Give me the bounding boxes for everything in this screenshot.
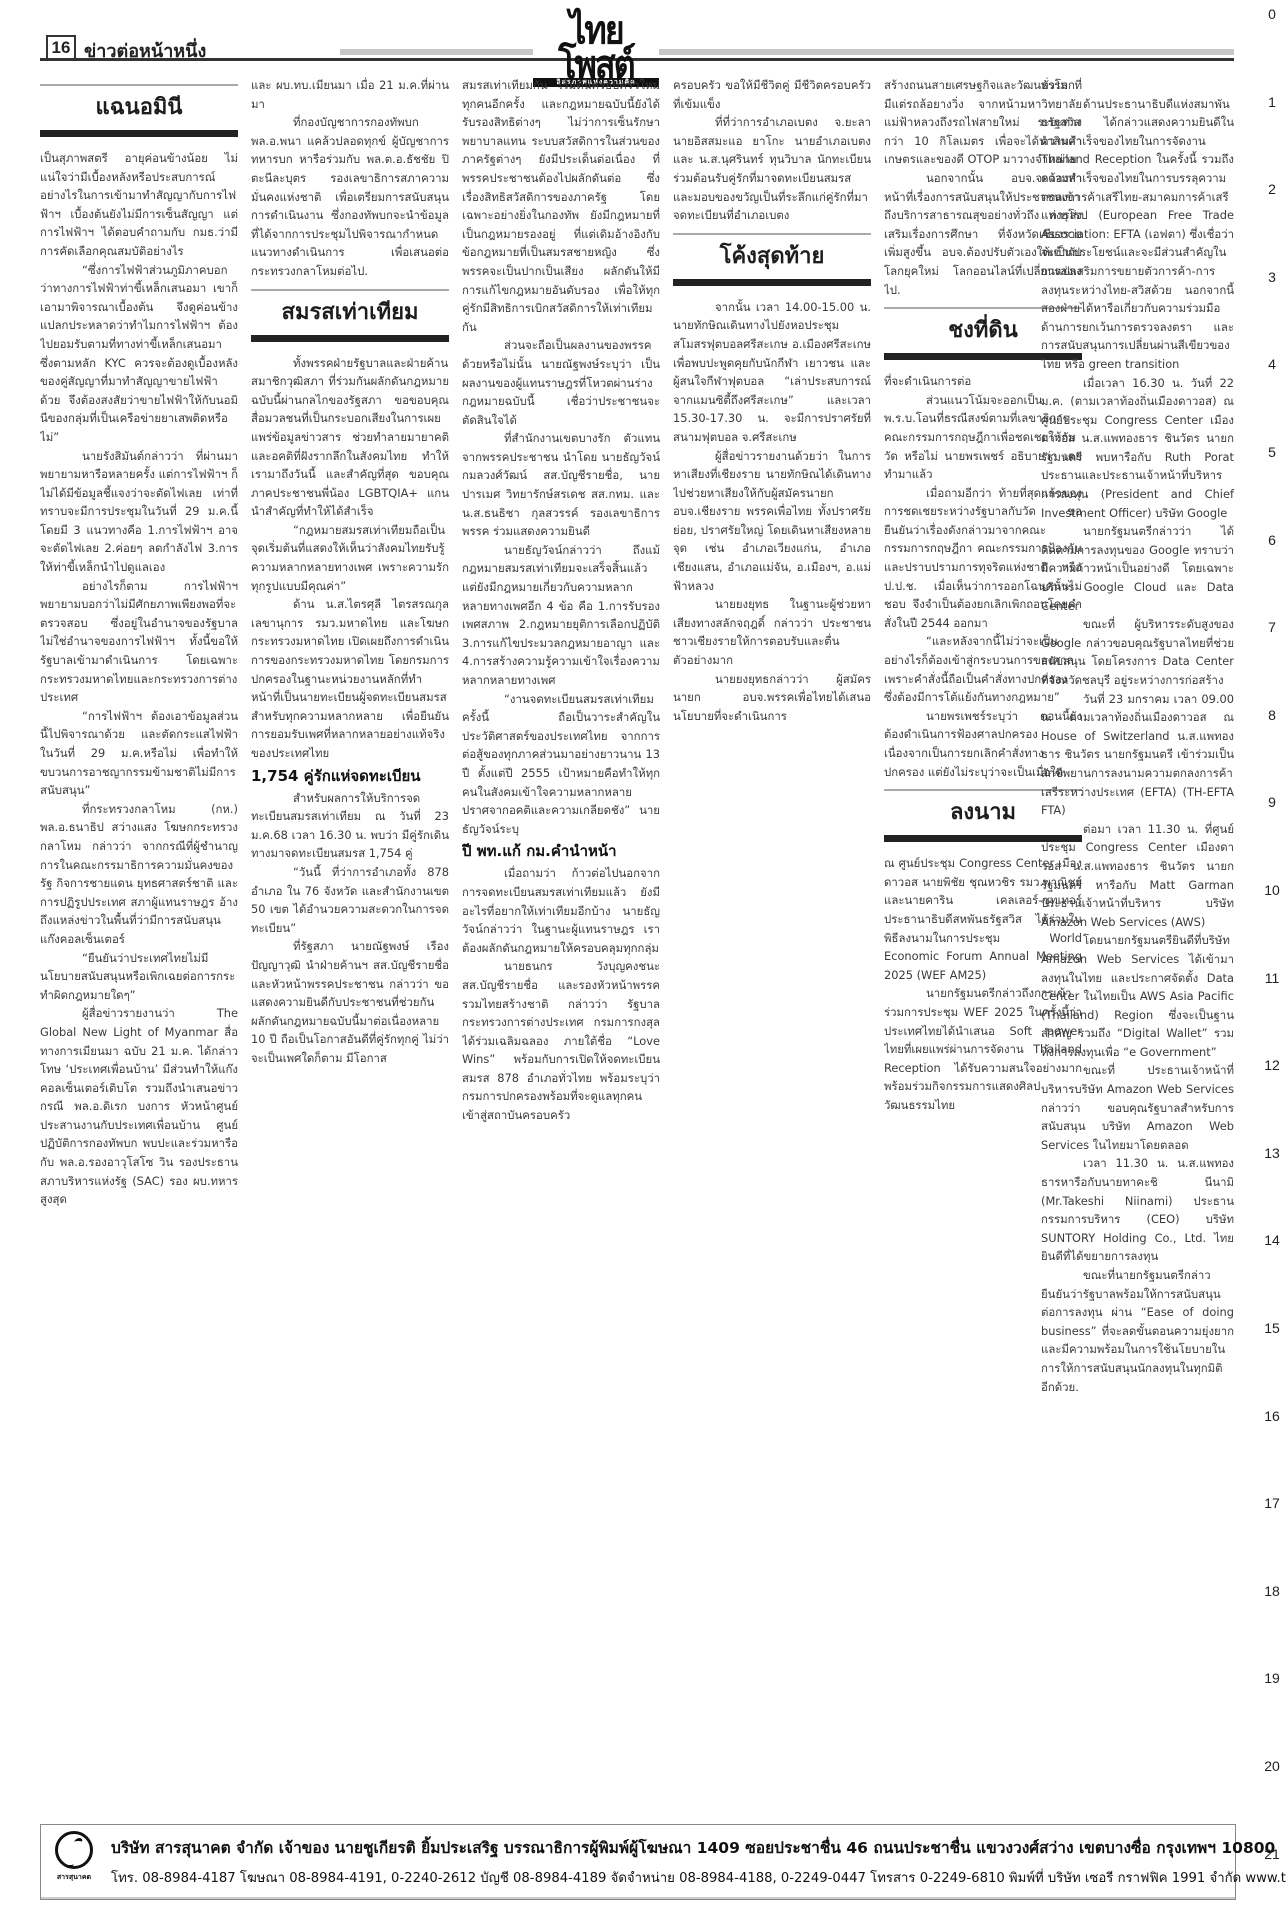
article-paragraph: สมรสเท่าเทียมกัน เริ่มต้นครอบครัวใหม่ทุก… bbox=[462, 76, 660, 336]
row-markers: 0123456789101112131415161718192021 bbox=[1258, 0, 1286, 1920]
article-paragraph: ขณะที่ ประธานเจ้าหน้าที่บริหารบริษัท Ama… bbox=[1041, 1061, 1234, 1154]
section-heading-box: แฉนอมินี bbox=[40, 84, 238, 137]
article-paragraph: และ ผบ.ทบ.เมียนมา เมื่อ 21 ม.ค.ที่ผ่านมา bbox=[251, 76, 449, 113]
row-marker: 21 bbox=[1258, 1846, 1286, 1862]
row-marker: 1 bbox=[1258, 94, 1286, 110]
imprint-line-1: บริษัท สารสุนาคต จำกัด เจ้าของ นายชูเกีย… bbox=[111, 1835, 1275, 1860]
article-paragraph: ส่วนจะถือเป็นผลงานของพรรคด้วยหรือไม่นั้น… bbox=[462, 336, 660, 429]
article-paragraph: ที่รัฐสภา นายณัฐพงษ์ เรืองปัญญาวุฒิ นำฝ่… bbox=[251, 937, 449, 1067]
article-paragraph: ขณะที่นายกรัฐมนตรีกล่าวยืนยันว่ารัฐบาลพร… bbox=[1041, 1266, 1234, 1396]
row-marker: 3 bbox=[1258, 269, 1286, 285]
article-paragraph: เมื่อถามว่า ก้าวต่อไปนอกจากการจดทะเบียนส… bbox=[462, 864, 660, 957]
publisher-logo-caption: สารสุนาคต bbox=[51, 1872, 97, 1883]
article-paragraph: เมื่อเวลา 16.30 น. วันที่ 22 ม.ค. (ตามเว… bbox=[1041, 374, 1234, 523]
column-1: แฉนอมินีเป็นสุภาพสตรี อายุค่อนข้างน้อย ไ… bbox=[40, 76, 238, 1776]
article-paragraph: ครอบครัว ขอให้มีชีวิตคู่ มีชีวิตครอบครัว… bbox=[673, 76, 871, 113]
row-marker: 4 bbox=[1258, 356, 1286, 372]
heading-rule-bottom bbox=[673, 279, 871, 286]
article-paragraph: ที่สำนักงานเขตบางรัก ตัวแทนจากพรรคประชาช… bbox=[462, 429, 660, 541]
article-paragraph: อย่างไรก็ตาม การไฟฟ้าฯ พยายามบอกว่าไม่มี… bbox=[40, 577, 238, 707]
row-marker: 9 bbox=[1258, 794, 1286, 810]
row-marker: 0 bbox=[1258, 6, 1286, 22]
row-marker: 7 bbox=[1258, 619, 1286, 635]
section-heading: โค้งสุดท้าย bbox=[673, 235, 871, 279]
article-paragraph: “งานจดทะเบียนสมรสเท่าเทียมครั้งนี้ ถือเป… bbox=[462, 690, 660, 839]
imprint-line-2: โทร. 08-8984-4187 โฆษณา 08-8984-4191, 0-… bbox=[111, 1867, 1286, 1888]
article-paragraph: สำหรับผลการให้บริการจดทะเบียนสมรสเท่าเที… bbox=[251, 789, 449, 863]
column-3: สมรสเท่าเทียมกัน เริ่มต้นครอบครัวใหม่ทุก… bbox=[462, 76, 660, 1776]
masthead-title: ไทยโพสต์ bbox=[533, 14, 659, 83]
article-paragraph: วันที่ 23 มกราคม เวลา 09.00 น. ตามเวลาท้… bbox=[1041, 690, 1234, 820]
header-rule-grey bbox=[340, 49, 1234, 55]
page-header: 16 ข่าวต่อหน้าหนึ่ง ไทยโพสต์ อิสรภาพแห่ง… bbox=[40, 18, 1234, 60]
article-paragraph: ทั่วโลก bbox=[1041, 76, 1234, 95]
row-marker: 18 bbox=[1258, 1583, 1286, 1599]
article-paragraph: นายรังสิมันต์กล่าวว่า ที่ผ่านมาพยายามหาร… bbox=[40, 447, 238, 577]
article-paragraph: ทั้งพรรคฝ่ายรัฐบาลและฝ่ายค้าน สมาชิกวุฒิ… bbox=[251, 354, 449, 521]
article-paragraph: “วันนี้ ที่ว่าการอำเภอทั้ง 878 อำเภอ ใน … bbox=[251, 863, 449, 937]
subheading: 1,754 คู่รักแห่จดทะเบียน bbox=[251, 765, 449, 787]
row-marker: 16 bbox=[1258, 1408, 1286, 1424]
column-2: และ ผบ.ทบ.เมียนมา เมื่อ 21 ม.ค.ที่ผ่านมา… bbox=[251, 76, 449, 1776]
row-marker: 2 bbox=[1258, 181, 1286, 197]
row-marker: 14 bbox=[1258, 1232, 1286, 1248]
article-paragraph: ผู้สื่อข่าวรายงานว่า The Global New Ligh… bbox=[40, 1004, 238, 1209]
article-paragraph: นายยงยุทธ ในฐานะผู้ช่วยหาเสียงทางสลักจฤฎ… bbox=[673, 595, 871, 669]
article-paragraph: เป็นสุภาพสตรี อายุค่อนข้างน้อย ไม่แน่ใจว… bbox=[40, 149, 238, 261]
article-paragraph: จากนั้น เวลา 14.00-15.00 น. นายทักษิณเดิ… bbox=[673, 298, 871, 447]
row-marker: 5 bbox=[1258, 444, 1286, 460]
row-marker: 12 bbox=[1258, 1057, 1286, 1073]
row-marker: 10 bbox=[1258, 882, 1286, 898]
section-heading-box: สมรสเท่าเทียม bbox=[251, 289, 449, 342]
heading-rule-bottom bbox=[40, 130, 238, 137]
subheading: ปี พท.แก้ กม.คำนำหน้า bbox=[462, 840, 660, 862]
article-paragraph: นายธนกร วังบุญคงชนะ สส.บัญชีรายชื่อ และร… bbox=[462, 957, 660, 1124]
article-paragraph: “กฎหมายสมรสเท่าเทียมถือเป็นจุดเริ่มต้นที… bbox=[251, 521, 449, 595]
article-paragraph: ด้าน น.ส.ไตรศุลี ไตรสรณกุล เลขานุการ รมว… bbox=[251, 595, 449, 762]
article-paragraph: นายธัญวัจน์กล่าวว่า ถึงแม้กฎหมายสมรสเท่า… bbox=[462, 541, 660, 690]
article-paragraph: ต่อมา เวลา 11.30 น. ที่ศูนย์ประชุม Congr… bbox=[1041, 820, 1234, 932]
row-marker: 17 bbox=[1258, 1495, 1286, 1511]
section-heading: แฉนอมินี bbox=[40, 86, 238, 130]
article-paragraph: “ซึ่งการไฟฟ้าส่วนภูมิภาคบอกว่าทางการไฟฟ้… bbox=[40, 261, 238, 447]
row-marker: 20 bbox=[1258, 1758, 1286, 1774]
article-paragraph: นายกรัฐมนตรีกล่าวว่า ได้ติดตามการลงทุนขอ… bbox=[1041, 522, 1234, 615]
row-marker: 19 bbox=[1258, 1670, 1286, 1686]
article-paragraph: เวลา 11.30 น. น.ส.แพทองธารหารือกับนายทาค… bbox=[1041, 1154, 1234, 1266]
article-paragraph: ด้านประธานาธิบดีแห่งสมาพันธรัฐสวิส ได้กล… bbox=[1041, 95, 1234, 374]
article-paragraph: “ยืนยันว่าประเทศไทยไม่มีนโยบายสนับสนุนหร… bbox=[40, 949, 238, 1005]
article-paragraph: ที่ที่ว่าการอำเภอเบตง จ.ยะลา นายอิสสมะแอ… bbox=[673, 113, 871, 225]
section-heading-box: โค้งสุดท้าย bbox=[673, 233, 871, 286]
article-paragraph: ผู้สื่อข่าวรายงานด้วยว่า ในการหาเสียงที่… bbox=[673, 447, 871, 596]
masthead-logo: ไทยโพสต์ อิสรภาพแห่งความคิด bbox=[533, 18, 659, 58]
row-marker: 6 bbox=[1258, 532, 1286, 548]
publisher-logo-icon bbox=[55, 1831, 93, 1869]
column-6: ทั่วโลกด้านประธานาธิบดีแห่งสมาพันธรัฐสวิ… bbox=[1041, 76, 1234, 1776]
article-paragraph: “การไฟฟ้าฯ ต้องเอาข้อมูลส่วนนี้ไปพิจารณา… bbox=[40, 707, 238, 800]
row-marker: 8 bbox=[1258, 707, 1286, 723]
row-marker: 15 bbox=[1258, 1320, 1286, 1336]
section-heading: สมรสเท่าเทียม bbox=[251, 291, 449, 335]
article-paragraph: ที่กองบัญชาการกองทัพบก พล.อ.พนา แคล้วปลอ… bbox=[251, 113, 449, 280]
publisher-logo: สารสุนาคต bbox=[51, 1831, 97, 1893]
article-paragraph: ขณะที่ ผู้บริหารระดับสูงของ Google กล่าว… bbox=[1041, 615, 1234, 689]
row-marker: 13 bbox=[1258, 1145, 1286, 1161]
article-columns: แฉนอมินีเป็นสุภาพสตรี อายุค่อนข้างน้อย ไ… bbox=[40, 76, 1234, 1776]
newspaper-page: 16 ข่าวต่อหน้าหนึ่ง ไทยโพสต์ อิสรภาพแห่ง… bbox=[40, 0, 1234, 1920]
imprint-box: สารสุนาคต บริษัท สารสุนาคต จำกัด เจ้าของ… bbox=[40, 1824, 1236, 1900]
row-marker: 11 bbox=[1258, 970, 1286, 986]
article-paragraph: นายยงยุทธกล่าวว่า ผู้สมัครนายก อบจ.พรรคเ… bbox=[673, 670, 871, 726]
article-paragraph: โดยนายกรัฐมนตรียินดีที่บริษัท Amazon Web… bbox=[1041, 931, 1234, 1061]
article-paragraph: ที่กระทรวงกลาโหม (กห.) พล.อ.ธนาธิป สว่าง… bbox=[40, 800, 238, 949]
column-4: ครอบครัว ขอให้มีชีวิตคู่ มีชีวิตครอบครัว… bbox=[673, 76, 871, 1776]
heading-rule-bottom bbox=[251, 335, 449, 342]
